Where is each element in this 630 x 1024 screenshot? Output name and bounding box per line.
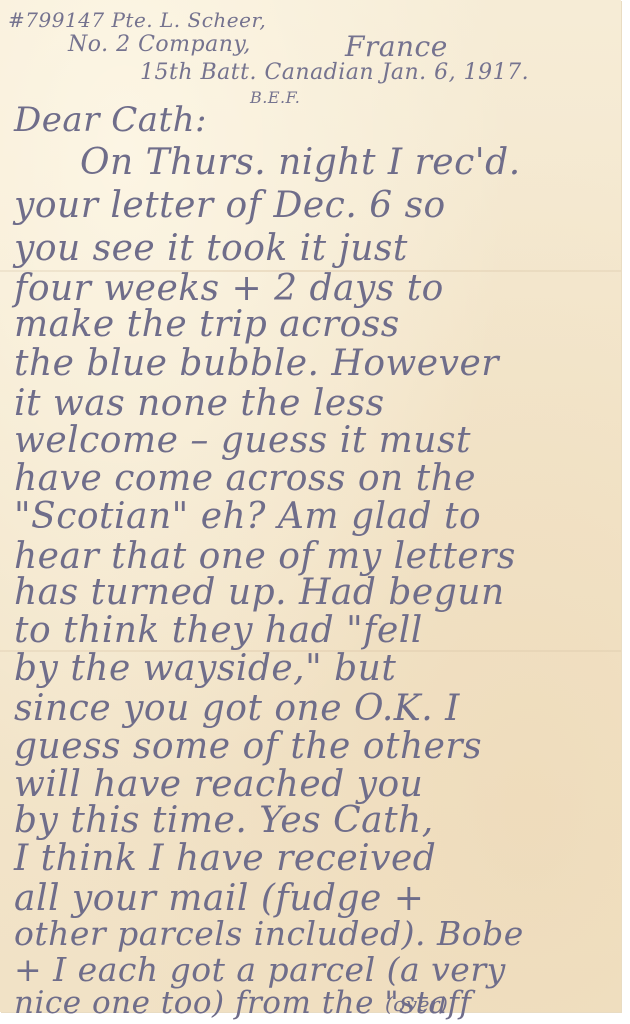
letter-line: will have reached you: [14, 764, 423, 805]
letter-line: to think they had "fell: [14, 610, 423, 651]
continued-over-note: (over): [385, 992, 448, 1016]
letter-line: On Thurs. night I rec'd.: [80, 142, 521, 183]
letter-line: has turned up. Had begun: [14, 572, 505, 613]
letter-line: have come across on the: [14, 458, 476, 499]
sender-company: No. 2 Company,: [68, 32, 251, 57]
letter-line: hear that one of my letters: [14, 536, 516, 577]
letter-line: by this time. Yes Cath,: [14, 800, 434, 841]
battalion-and-date: 15th Batt. Canadian Jan. 6, 1917.: [140, 60, 529, 85]
letter-line: welcome – guess it must: [14, 420, 471, 461]
letter-line: since you got one O.K. I: [14, 688, 460, 729]
sender-service-number-name: #799147 Pte. L. Scheer,: [8, 8, 266, 32]
letter-page: #799147 Pte. L. Scheer, No. 2 Company, F…: [0, 0, 621, 1012]
letter-line: guess some of the others: [14, 726, 482, 767]
letter-line: it was none the less: [14, 383, 385, 424]
letter-line: four weeks + 2 days to: [14, 268, 444, 309]
letter-line: by the wayside," but: [14, 648, 396, 689]
salutation: Dear Cath:: [14, 100, 207, 140]
letter-line: I think I have received: [14, 838, 436, 879]
letter-line: other parcels included). Bobe: [14, 914, 524, 953]
letter-line: all your mail (fudge +: [14, 878, 424, 919]
letter-line: the blue bubble. However: [14, 343, 499, 384]
letter-line: "Scotian" eh? Am glad to: [14, 496, 481, 537]
letter-line: you see it took it just: [14, 228, 408, 269]
letter-line: make the trip across: [14, 304, 400, 345]
letter-line: your letter of Dec. 6 so: [14, 185, 446, 226]
letter-place: France: [345, 30, 448, 63]
bef-abbreviation: B.E.F.: [250, 88, 300, 107]
letter-line: + I each got a parcel (a very: [14, 950, 506, 989]
